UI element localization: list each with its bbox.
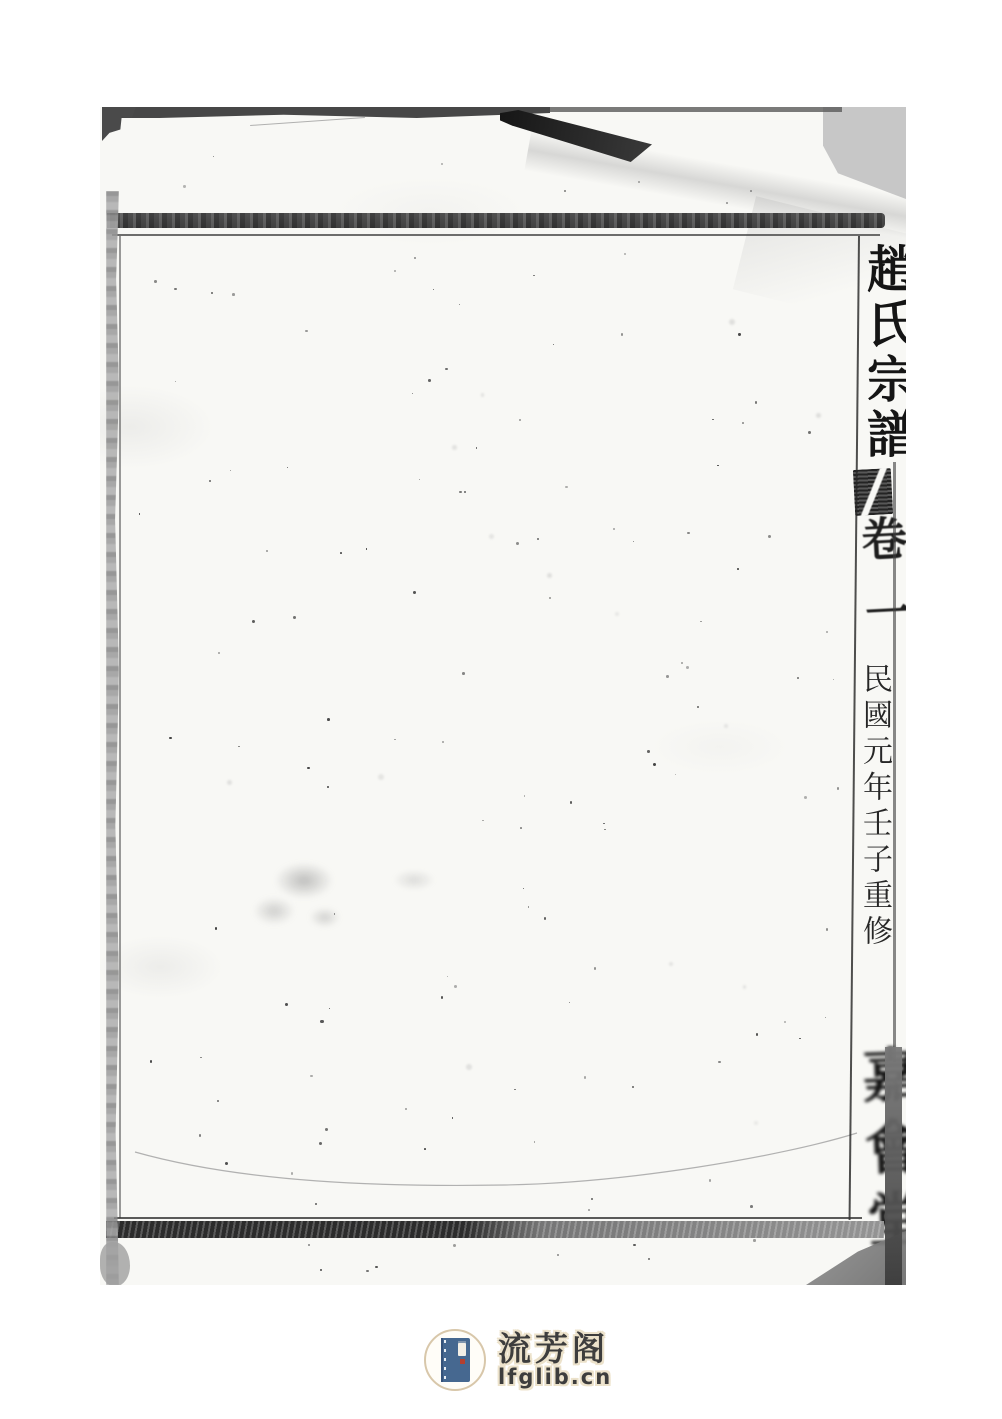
book-spine-fold (441, 1338, 443, 1382)
watermark-site-domain: lfglib.cn (498, 1366, 612, 1388)
spine-edition-note: 民國元年壬子重修 (852, 663, 896, 951)
watermark: 流芳阁 lfglib.cn (424, 1322, 612, 1398)
frame-rule-bottom (114, 1217, 862, 1219)
thread-bound-book-icon (441, 1338, 470, 1382)
page-edge-strip-right (885, 1047, 902, 1285)
frame-line-left (119, 236, 121, 1218)
frame-band-bottom (106, 1221, 884, 1238)
blob-bottom-left (100, 1242, 130, 1285)
watermark-text: 流芳阁 lfglib.cn (498, 1332, 612, 1389)
frame-band-top (107, 213, 885, 228)
book-title-label (458, 1341, 466, 1356)
frame-rule-top (112, 234, 880, 236)
page-canvas: 趙氏宗譜 卷一 民國元年壬子重修 嘉會堂 流芳阁 lfglib.cn (0, 0, 1002, 1419)
book-seal-mark (460, 1359, 465, 1364)
book-stitch-marks (444, 1340, 446, 1380)
genealogy-scan-page: 趙氏宗譜 卷一 民國元年壬子重修 嘉會堂 (100, 107, 906, 1285)
spine-title: 趙氏宗譜 (852, 243, 906, 463)
seal-block (853, 468, 893, 516)
watermark-site-name: 流芳阁 (498, 1332, 612, 1367)
top-edge-strip-thin (550, 107, 842, 112)
watermark-logo-circle (424, 1329, 486, 1391)
page-edge-line-right (893, 462, 896, 1062)
